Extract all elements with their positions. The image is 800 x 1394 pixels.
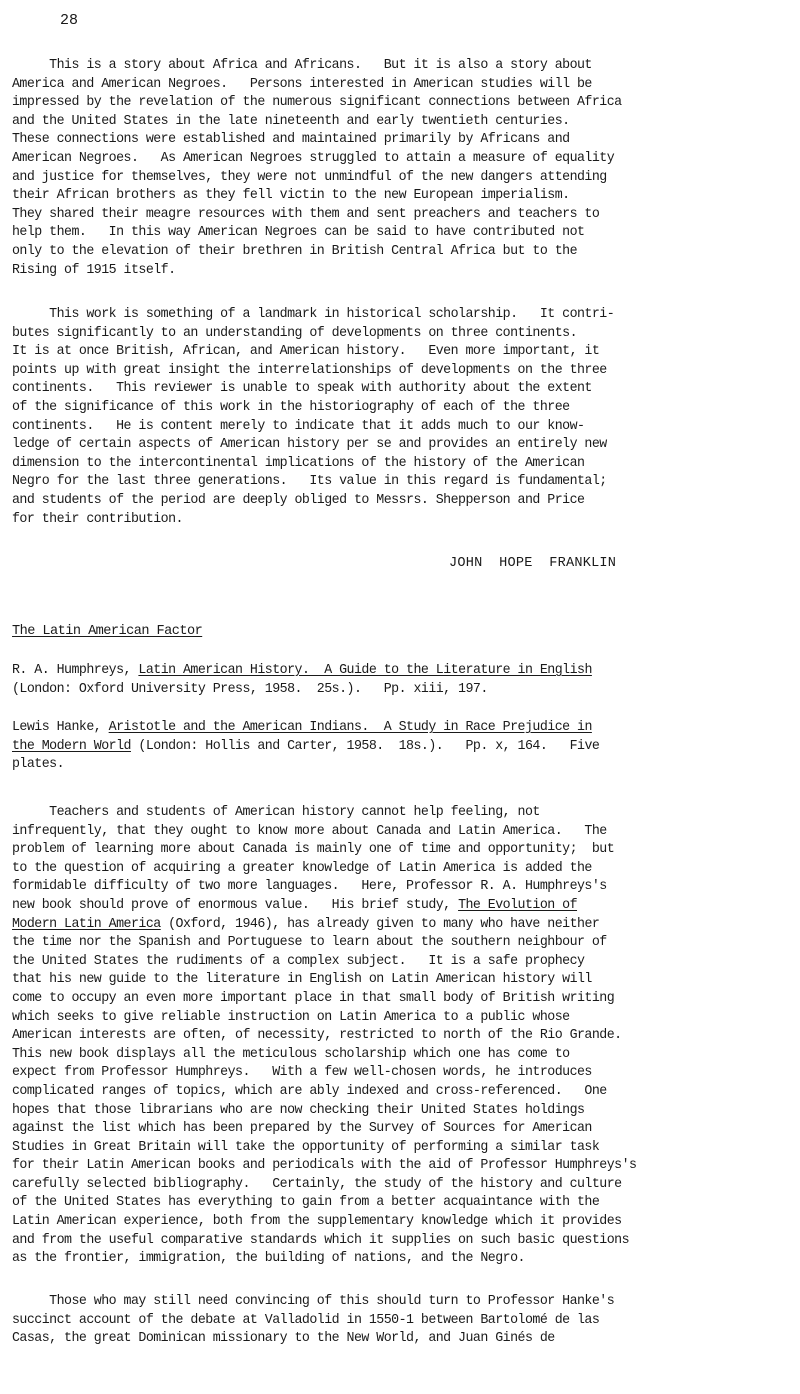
citation-title-cont: the Modern World bbox=[12, 739, 131, 754]
text-line: and the United States in the late ninete… bbox=[12, 113, 784, 132]
text-line: only to the elevation of their brethren … bbox=[12, 243, 784, 262]
text-line: of the significance of this work in the … bbox=[12, 399, 784, 418]
page-number: 28 bbox=[60, 12, 78, 29]
text-line: the time nor the Spanish and Portuguese … bbox=[12, 934, 784, 953]
text-line: (Oxford, 1946), has already given to man… bbox=[161, 917, 600, 932]
text-line: continents. This reviewer is unable to s… bbox=[12, 380, 784, 399]
text-line: It is at once British, African, and Amer… bbox=[12, 343, 784, 362]
text-line: butes significantly to an understanding … bbox=[12, 325, 784, 344]
text-line: American interests are often, of necessi… bbox=[12, 1027, 784, 1046]
text-line: and justice for themselves, they were no… bbox=[12, 169, 784, 188]
review-paragraph: This work is something of a landmark in … bbox=[12, 306, 800, 529]
citation: Lewis Hanke, Aristotle and the American … bbox=[12, 719, 800, 775]
text-line: They shared their meagre resources with … bbox=[12, 206, 784, 225]
text-line: continents. He is content merely to indi… bbox=[12, 418, 784, 437]
review-paragraph: This is a story about Africa and African… bbox=[12, 57, 800, 280]
document-page: 28 This is a story about Africa and Afri… bbox=[0, 0, 800, 1394]
citation: R. A. Humphreys, Latin American History.… bbox=[12, 662, 800, 699]
text-line: problem of learning more about Canada is… bbox=[12, 841, 784, 860]
text-line: of the United States has everything to g… bbox=[12, 1194, 784, 1213]
text-line: Latin American experience, both from the… bbox=[12, 1213, 784, 1232]
text-line: and from the useful comparative standard… bbox=[12, 1232, 784, 1251]
text-line: hopes that those librarians who are now … bbox=[12, 1102, 784, 1121]
text-line: Rising of 1915 itself. bbox=[12, 262, 784, 281]
text-line: Casas, the great Dominican missionary to… bbox=[12, 1330, 784, 1349]
citation-publication: (London: Oxford University Press, 1958. … bbox=[12, 681, 784, 700]
text-line: infrequently, that they ought to know mo… bbox=[12, 823, 784, 842]
text-line: formidable difficulty of two more langua… bbox=[12, 878, 784, 897]
text-line: succinct account of the debate at Vallad… bbox=[12, 1312, 784, 1331]
text-line: Studies in Great Britain will take the o… bbox=[12, 1139, 784, 1158]
text-line: the United States the rudiments of a com… bbox=[12, 953, 784, 972]
text-line: American Negroes. As American Negroes st… bbox=[12, 150, 784, 169]
text-line: come to occupy an even more important pl… bbox=[12, 990, 784, 1009]
citation-author: R. A. Humphreys, bbox=[12, 663, 138, 678]
text-line: for their contribution. bbox=[12, 511, 784, 530]
review-paragraph: Teachers and students of American histor… bbox=[12, 804, 800, 1269]
text-line: This is a story about Africa and African… bbox=[12, 57, 784, 76]
text-line: impressed by the revelation of the numer… bbox=[12, 94, 784, 113]
text-line: ledge of certain aspects of American his… bbox=[12, 436, 784, 455]
citation-title: Latin American History. A Guide to the L… bbox=[138, 663, 592, 678]
citation-author: Lewis Hanke, bbox=[12, 720, 109, 735]
citation-publication: (London: Hollis and Carter, 1958. 18s.).… bbox=[131, 739, 599, 754]
citation-title: Aristotle and the American Indians. A St… bbox=[109, 720, 592, 735]
text-line: points up with great insight the interre… bbox=[12, 362, 784, 381]
review-paragraph: Those who may still need convincing of t… bbox=[12, 1293, 800, 1349]
text-line: expect from Professor Humphreys. With a … bbox=[12, 1064, 784, 1083]
inline-book-title: The Evolution of bbox=[458, 898, 577, 913]
text-line: to the question of acquiring a greater k… bbox=[12, 860, 784, 879]
text-line: for their Latin American books and perio… bbox=[12, 1157, 784, 1176]
text-line: America and American Negroes. Persons in… bbox=[12, 76, 784, 95]
text-line: their African brothers as they fell vict… bbox=[12, 187, 784, 206]
citation-note: plates. bbox=[12, 756, 784, 775]
text-line: carefully selected bibliography. Certain… bbox=[12, 1176, 784, 1195]
text-line: against the list which has been prepared… bbox=[12, 1120, 784, 1139]
text-line: dimension to the intercontinental implic… bbox=[12, 455, 784, 474]
text-line: new book should prove of enormous value.… bbox=[12, 898, 458, 913]
text-line: help them. In this way American Negroes … bbox=[12, 224, 784, 243]
text-line: as the frontier, immigration, the buildi… bbox=[12, 1250, 784, 1269]
text-line: and students of the period are deeply ob… bbox=[12, 492, 784, 511]
text-line: Those who may still need convincing of t… bbox=[12, 1293, 784, 1312]
reviewer-signature: JOHN HOPE FRANKLIN bbox=[449, 556, 616, 571]
inline-book-title: Modern Latin America bbox=[12, 917, 161, 932]
text-line: Negro for the last three generations. It… bbox=[12, 473, 784, 492]
text-line: These connections were established and m… bbox=[12, 131, 784, 150]
text-line: which seeks to give reliable instruction… bbox=[12, 1009, 784, 1028]
text-line: This new book displays all the meticulou… bbox=[12, 1046, 784, 1065]
text-line: complicated ranges of topics, which are … bbox=[12, 1083, 784, 1102]
text-line: This work is something of a landmark in … bbox=[12, 306, 784, 325]
section-heading: The Latin American Factor bbox=[12, 624, 202, 639]
text-line: Teachers and students of American histor… bbox=[12, 804, 784, 823]
text-line: that his new guide to the literature in … bbox=[12, 971, 784, 990]
